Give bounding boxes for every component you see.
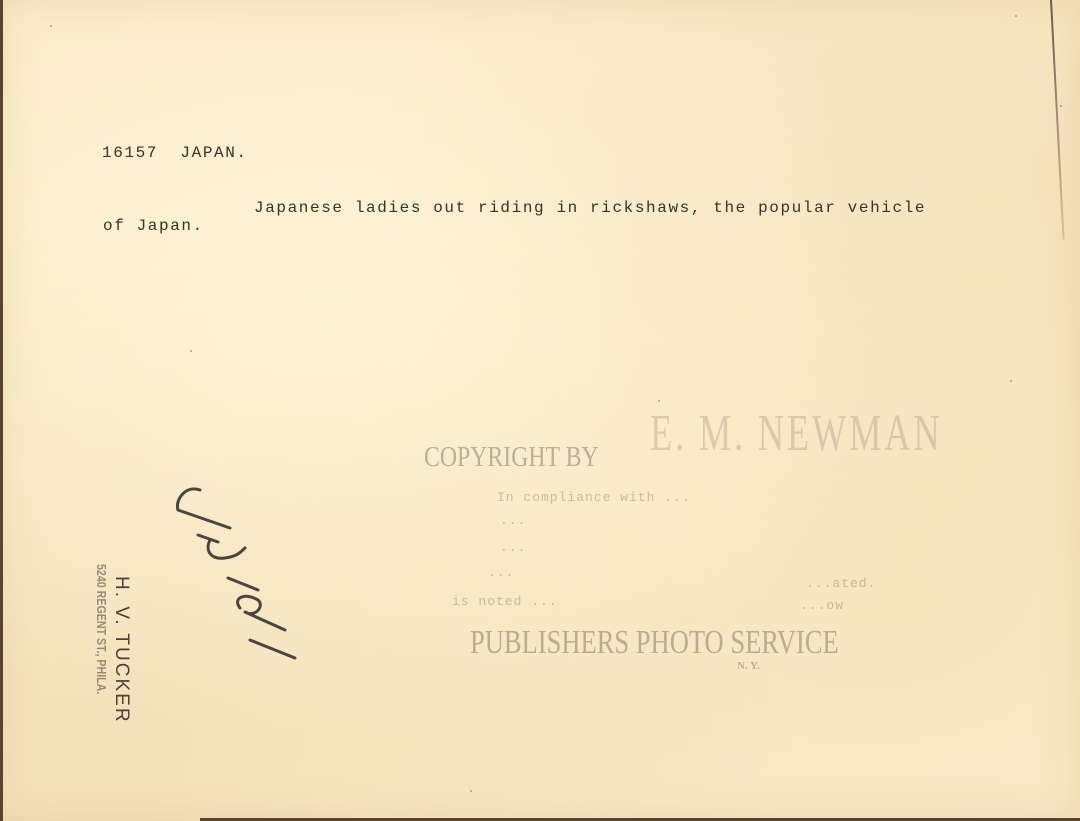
fine-print-line: ...	[488, 565, 514, 580]
fine-print-line: ...	[500, 540, 526, 555]
photographer-address: 5240 REGENT ST., PHILA.	[92, 564, 110, 695]
publisher-location: N. Y.	[737, 660, 760, 672]
caption-line-1: Japanese ladies out riding in rickshaws,…	[254, 199, 926, 217]
publisher-stamp: PUBLISHERS PHOTO SERVICE	[470, 624, 839, 662]
fine-print-line: In compliance with ...	[497, 490, 691, 505]
fine-print-line: is noted ...	[452, 594, 558, 609]
photographer-name: H. V. TUCKER	[110, 576, 132, 724]
handwritten-number	[170, 480, 310, 670]
photographer-stamp: H. V. TUCKER 5240 REGENT ST., PHILA.	[92, 576, 132, 724]
caption-line-2: of Japan.	[103, 217, 204, 235]
paper-crease	[1050, 0, 1065, 240]
catalog-line: 16157 JAPAN.	[102, 144, 248, 162]
fine-print-line: ...ated.	[806, 576, 876, 591]
copyright-heading: COPYRIGHT BY	[424, 441, 599, 474]
card-left-edge	[0, 0, 3, 821]
photo-card-back: 16157 JAPAN. Japanese ladies out riding …	[0, 0, 1080, 821]
fine-print-line: ...ow	[800, 598, 844, 613]
fine-print-line: ...	[500, 513, 526, 528]
copyright-name-faded: E. M. NEWMAN	[650, 404, 942, 463]
